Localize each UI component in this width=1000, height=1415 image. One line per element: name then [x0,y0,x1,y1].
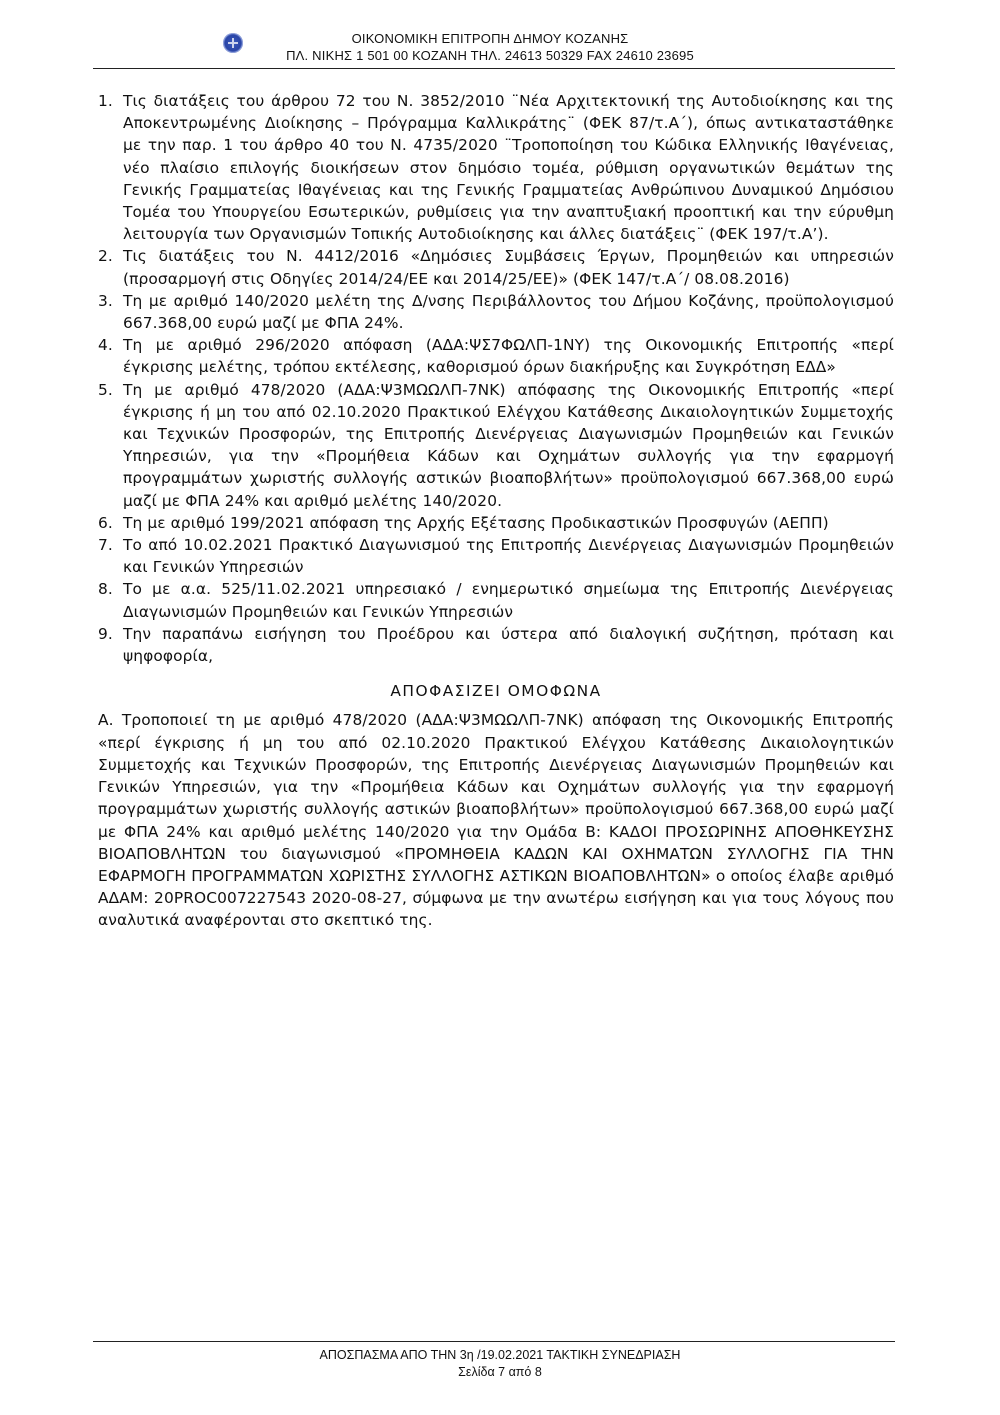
item-number: 5. [98,379,113,401]
list-item: 4.Τη με αριθμό 296/2020 απόφαση (ΑΔΑ:ΨΣ7… [98,334,894,378]
list-item: 7.Το από 10.02.2021 Πρακτικό Διαγωνισμού… [98,534,894,578]
item-text: Τη με αριθμό 140/2020 μελέτη της Δ/νσης … [123,292,894,332]
list-item: 8.Το με α.α. 525/11.02.2021 υπηρεσιακό /… [98,578,894,622]
item-text: Τη με αριθμό 478/2020 (ΑΔΑ:Ψ3ΜΩΩΛΠ-7ΝΚ) … [123,381,894,510]
decision-paragraph: Α. Τροποποιεί τη με αριθμό 478/2020 (ΑΔΑ… [98,709,894,931]
item-text: Τη με αριθμό 199/2021 απόφαση της Αρχής … [123,514,829,532]
item-text: Τις διατάξεις του άρθρου 72 του Ν. 3852/… [123,92,894,243]
meeting-reference: ΑΠΟΣΠΑΣΜΑ ΑΠΟ ΤΗΝ 3η /19.02.2021 ΤΑΚΤΙΚΗ… [0,1347,1000,1364]
organization-name: ΟΙΚΟΝΟΜΙΚΗ ΕΠΙΤΡΟΠΗ ΔΗΜΟΥ ΚΟΖΑΝΗΣ [80,31,900,46]
list-item: 5.Τη με αριθμό 478/2020 (ΑΔΑ:Ψ3ΜΩΩΛΠ-7ΝΚ… [98,379,894,512]
list-item: 6.Τη με αριθμό 199/2021 απόφαση της Αρχή… [98,512,894,534]
list-item: 2.Τις διατάξεις του Ν. 4412/2016 «Δημόσι… [98,245,894,289]
page-header: ΟΙΚΟΝΟΜΙΚΗ ΕΠΙΤΡΟΠΗ ΔΗΜΟΥ ΚΟΖΑΝΗΣ ΠΛ. ΝΙ… [0,0,1000,70]
item-number: 7. [98,534,113,556]
organization-address: ΠΛ. ΝΙΚΗΣ 1 501 00 ΚΟΖΑΝΗ ΤΗΛ. 24613 503… [80,48,900,63]
item-number: 8. [98,578,113,600]
considerations-list: 1.Τις διατάξεις του άρθρου 72 του Ν. 385… [98,90,894,667]
item-text: Τις διατάξεις του Ν. 4412/2016 «Δημόσιες… [123,247,894,287]
item-text: Το με α.α. 525/11.02.2021 υπηρεσιακό / ε… [123,580,894,620]
header-divider [93,68,895,69]
decision-heading: ΑΠΟΦΑΣΙΖΕΙ ΟΜΟΦΩΝΑ [98,680,894,702]
list-item: 3.Τη με αριθμό 140/2020 μελέτη της Δ/νση… [98,290,894,334]
list-item: 1.Τις διατάξεις του άρθρου 72 του Ν. 385… [98,90,894,245]
document-body: 1.Τις διατάξεις του άρθρου 72 του Ν. 385… [98,90,894,932]
item-text: Την παραπάνω εισήγηση του Προέδρου και ύ… [123,625,894,665]
item-number: 3. [98,290,113,312]
item-number: 4. [98,334,113,356]
item-number: 9. [98,623,113,645]
item-number: 2. [98,245,113,267]
footer-divider [93,1341,895,1342]
page-number: Σελίδα 7 από 8 [0,1364,1000,1381]
item-text: Τη με αριθμό 296/2020 απόφαση (ΑΔΑ:ΨΣ7ΦΩ… [123,336,894,376]
item-text: Το από 10.02.2021 Πρακτικό Διαγωνισμού τ… [123,536,894,576]
item-number: 6. [98,512,113,534]
item-number: 1. [98,90,113,112]
list-item: 9.Την παραπάνω εισήγηση του Προέδρου και… [98,623,894,667]
page-footer: ΑΠΟΣΠΑΣΜΑ ΑΠΟ ΤΗΝ 3η /19.02.2021 ΤΑΚΤΙΚΗ… [0,1347,1000,1381]
